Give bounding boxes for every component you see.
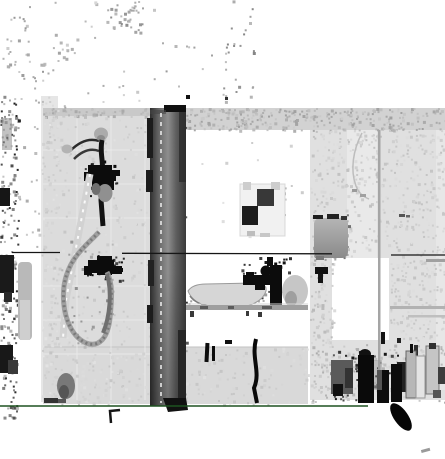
- white-bottle: [416, 356, 425, 398]
- bathroom-scene: [0, 0, 445, 459]
- frame-tab-left: [243, 182, 251, 190]
- wall-dash-marks: [399, 214, 405, 217]
- wall-vertical-seam: [378, 130, 381, 395]
- black-bottle: [358, 355, 374, 403]
- wall-hook: [315, 267, 328, 274]
- frame-black-patch: [242, 206, 258, 225]
- dark-pillar: [146, 105, 188, 412]
- gray-bottle: [406, 351, 416, 398]
- hand-towel: [314, 218, 348, 258]
- frame-tab-right: [271, 182, 280, 190]
- shower-arm-tip: [62, 145, 73, 154]
- right-shelf-line: [390, 306, 445, 309]
- frame-dark-panel: [257, 189, 274, 206]
- pillar-top-cap: [164, 105, 186, 112]
- picture-frame: [240, 182, 285, 237]
- pointcloud-viewer-canvas[interactable]: [0, 0, 445, 459]
- dark-drip-streak: [254, 339, 257, 403]
